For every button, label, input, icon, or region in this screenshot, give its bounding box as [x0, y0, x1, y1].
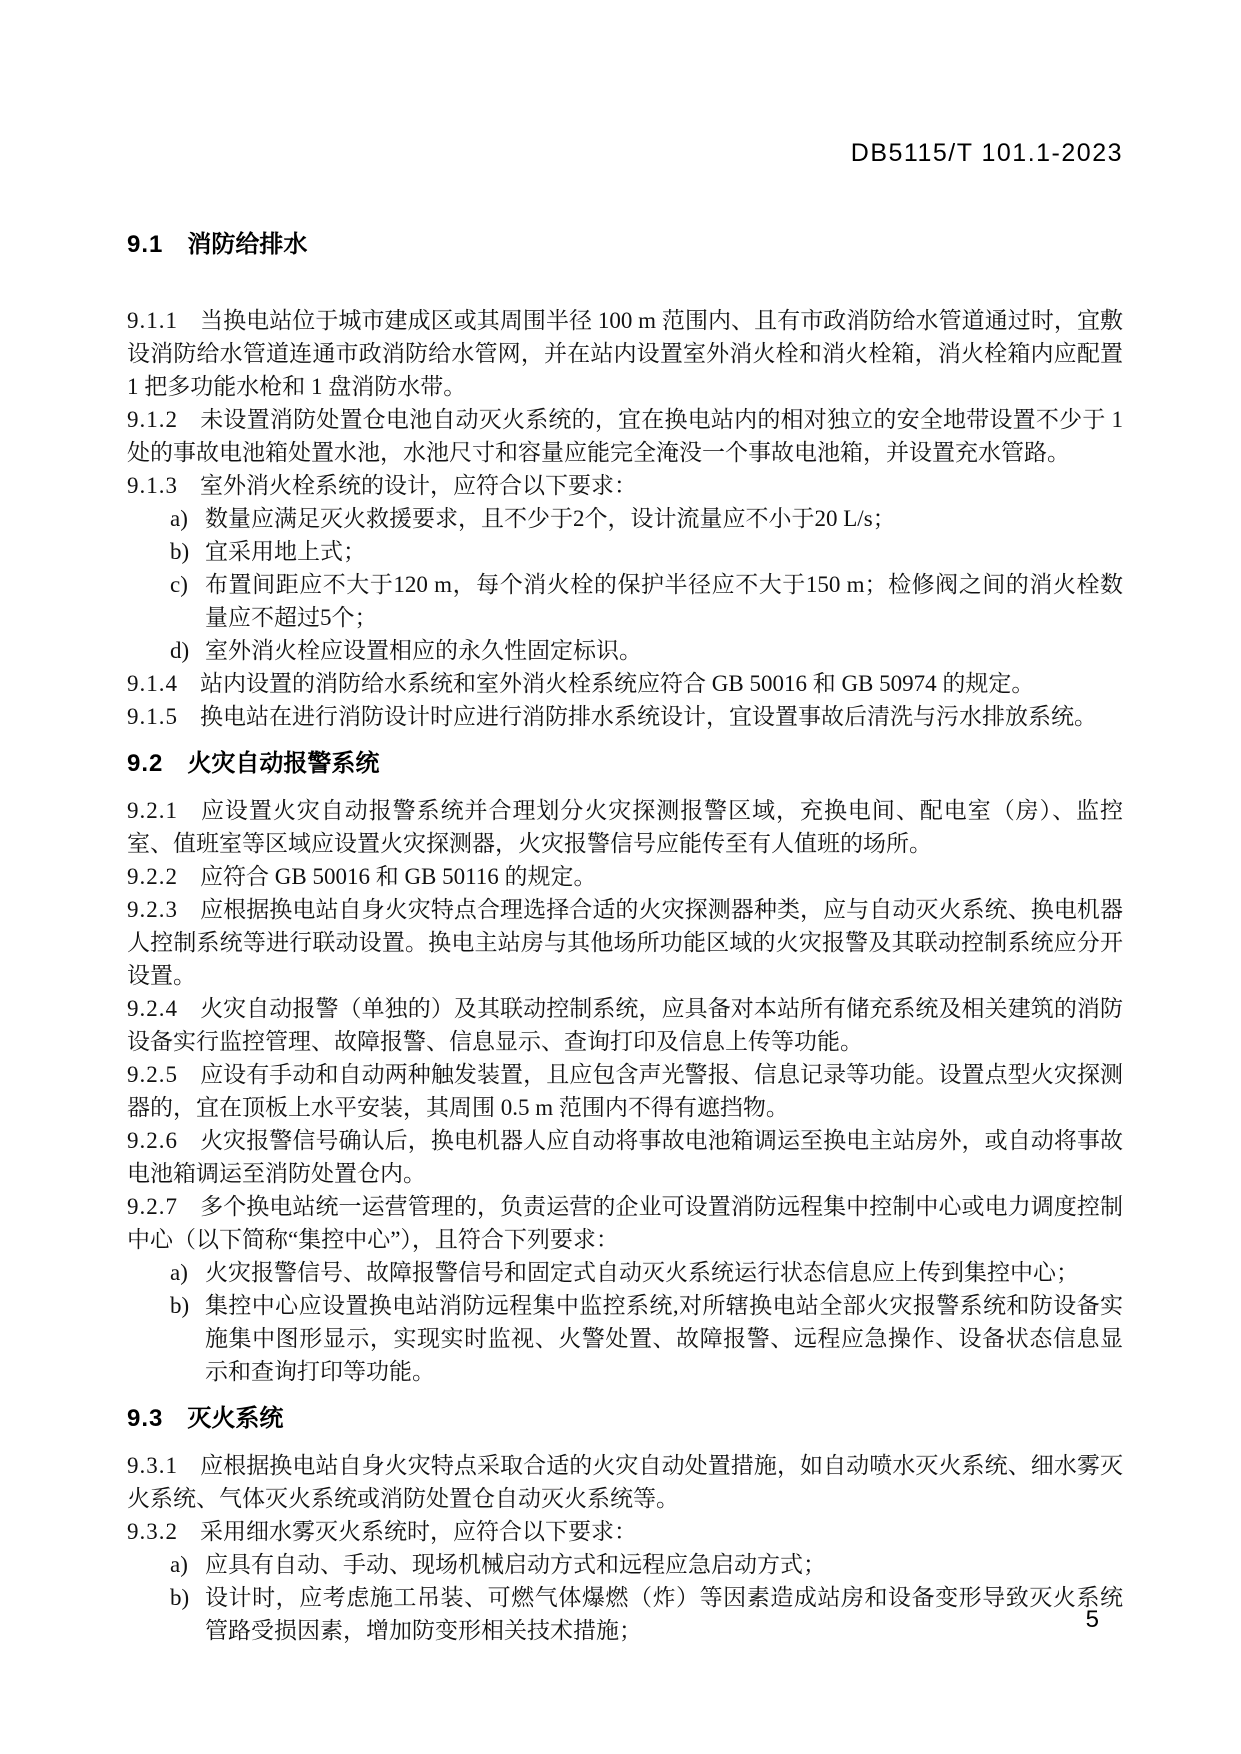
clause: 9.1.5换电站在进行消防设计时应进行消防排水系统设计，宜设置事故后清洗与污水排… — [127, 700, 1123, 733]
clause-number: 9.1.2 — [127, 407, 178, 432]
list-item-text: 宜采用地上式； — [205, 539, 366, 564]
clause-number: 9.1.5 — [127, 704, 178, 729]
clause: 9.1.1当换电站位于城市建成区或其周围半径 100 m 范围内、且有市政消防给… — [127, 304, 1123, 403]
list-item-label: b) — [170, 1581, 189, 1614]
clause: 9.2.7多个换电站统一运营管理的，负责运营的企业可设置消防远程集中控制中心或电… — [127, 1190, 1123, 1256]
section-title: 火灾自动报警系统 — [187, 750, 379, 777]
clause-text: 采用细水雾灭火系统时，应符合以下要求： — [200, 1519, 637, 1544]
clause-text: 应设有手动和自动两种触发装置，且应包含声光警报、信息记录等功能。设置点型火灾探测… — [127, 1062, 1123, 1120]
clause: 9.2.3应根据换电站自身火灾特点合理选择合适的火灾探测器种类，应与自动灭火系统… — [127, 893, 1123, 992]
list-item: b)设计时，应考虑施工吊装、可燃气体爆燃（炸）等因素造成站房和设备变形导致灭火系… — [127, 1581, 1123, 1647]
clause-text: 多个换电站统一运营管理的，负责运营的企业可设置消防远程集中控制中心或电力调度控制… — [127, 1194, 1123, 1252]
list-item-label: a) — [170, 1256, 188, 1289]
clause-text: 未设置消防处置仓电池自动灭火系统的，宜在换电站内的相对独立的安全地带设置不少于 … — [127, 407, 1123, 465]
list-item-label: b) — [170, 1289, 189, 1322]
list-item-text: 火灾报警信号、故障报警信号和固定式自动灭火系统运行状态信息应上传到集控中心； — [205, 1260, 1079, 1285]
section-title: 灭火系统 — [187, 1405, 283, 1432]
clause-text: 室外消火栓系统的设计，应符合以下要求： — [200, 473, 637, 498]
clause: 9.1.4站内设置的消防给水系统和室外消火栓系统应符合 GB 50016 和 G… — [127, 667, 1123, 700]
list-item: c)布置间距应不大于120 m，每个消火栓的保护半径应不大于150 m；检修阀之… — [127, 568, 1123, 634]
clause-number: 9.1.3 — [127, 473, 178, 498]
clause: 9.3.2采用细水雾灭火系统时，应符合以下要求： — [127, 1515, 1123, 1548]
section-heading: 9.2火灾自动报警系统 — [127, 749, 1123, 779]
clause-number: 9.2.5 — [127, 1062, 178, 1087]
clause: 9.2.1应设置火灾自动报警系统并合理划分火灾探测报警区域，充换电间、配电室（房… — [127, 794, 1123, 860]
clause-number: 9.2.3 — [127, 897, 178, 922]
list-item-label: a) — [170, 1548, 188, 1581]
list-item: a)火灾报警信号、故障报警信号和固定式自动灭火系统运行状态信息应上传到集控中心； — [127, 1256, 1123, 1289]
clause: 9.2.2应符合 GB 50016 和 GB 50116 的规定。 — [127, 860, 1123, 893]
clause-text: 火灾报警信号确认后，换电机器人应自动将事故电池箱调运至换电主站房外，或自动将事故… — [127, 1128, 1123, 1186]
section-title: 消防给排水 — [187, 231, 307, 258]
clause-number: 9.3.2 — [127, 1519, 178, 1544]
list-item-text: 布置间距应不大于120 m，每个消火栓的保护半径应不大于150 m；检修阀之间的… — [205, 572, 1123, 630]
section-number: 9.3 — [127, 1405, 163, 1432]
section-number: 9.1 — [127, 231, 163, 258]
document-code: DB5115/T 101.1-2023 — [127, 138, 1123, 168]
clause-number: 9.1.1 — [127, 308, 178, 333]
list-item-text: 室外消火栓应设置相应的永久性固定标识。 — [205, 638, 642, 663]
clause-text: 站内设置的消防给水系统和室外消火栓系统应符合 GB 50016 和 GB 509… — [200, 671, 1034, 696]
clause-number: 9.1.4 — [127, 671, 178, 696]
section-heading: 9.1消防给排水 — [127, 230, 1123, 260]
list-item-text: 数量应满足灭火救援要求，且不少于2个，设计流量应不小于20 L/s； — [205, 506, 896, 531]
clause-number: 9.2.4 — [127, 996, 178, 1021]
clause-text: 应根据换电站自身火灾特点合理选择合适的火灾探测器种类，应与自动灭火系统、换电机器… — [127, 897, 1123, 988]
clause-number: 9.3.1 — [127, 1453, 178, 1478]
list-item: a)数量应满足灭火救援要求，且不少于2个，设计流量应不小于20 L/s； — [127, 502, 1123, 535]
clause-text: 换电站在进行消防设计时应进行消防排水系统设计，宜设置事故后清洗与污水排放系统。 — [200, 704, 1097, 729]
section-heading: 9.3灭火系统 — [127, 1404, 1123, 1434]
clause-number: 9.2.2 — [127, 864, 178, 889]
clause-number: 9.2.7 — [127, 1194, 178, 1219]
clause: 9.2.6火灾报警信号确认后，换电机器人应自动将事故电池箱调运至换电主站房外，或… — [127, 1124, 1123, 1190]
clause-text: 应根据换电站自身火灾特点采取合适的火灾自动处置措施，如自动喷水灭火系统、细水雾灭… — [127, 1453, 1123, 1511]
list-item: a)应具有自动、手动、现场机械启动方式和远程应急启动方式； — [127, 1548, 1123, 1581]
clause: 9.2.4火灾自动报警（单独的）及其联动控制系统，应具备对本站所有储充系统及相关… — [127, 992, 1123, 1058]
list-item-label: a) — [170, 502, 188, 535]
clause-text: 应符合 GB 50016 和 GB 50116 的规定。 — [200, 864, 597, 889]
list-item-label: b) — [170, 535, 189, 568]
clause-text: 火灾自动报警（单独的）及其联动控制系统，应具备对本站所有储充系统及相关建筑的消防… — [127, 996, 1123, 1054]
list-item: b)集控中心应设置换电站消防远程集中监控系统,对所辖换电站全部火灾报警系统和防设… — [127, 1289, 1123, 1388]
section-number: 9.2 — [127, 750, 163, 777]
clause: 9.1.2未设置消防处置仓电池自动灭火系统的，宜在换电站内的相对独立的安全地带设… — [127, 403, 1123, 469]
list-item-text: 设计时，应考虑施工吊装、可燃气体爆燃（炸）等因素造成站房和设备变形导致灭火系统管… — [205, 1585, 1123, 1643]
clause-text: 当换电站位于城市建成区或其周围半径 100 m 范围内、且有市政消防给水管道通过… — [127, 308, 1123, 399]
clause-text: 应设置火灾自动报警系统并合理划分火灾探测报警区域，充换电间、配电室（房）、监控室… — [127, 798, 1123, 856]
clause: 9.3.1应根据换电站自身火灾特点采取合适的火灾自动处置措施，如自动喷水灭火系统… — [127, 1449, 1123, 1515]
clause: 9.2.5应设有手动和自动两种触发装置，且应包含声光警报、信息记录等功能。设置点… — [127, 1058, 1123, 1124]
clause-number: 9.2.6 — [127, 1128, 178, 1153]
document-page: DB5115/T 101.1-2023 9.1消防给排水9.1.1当换电站位于城… — [0, 0, 1241, 1754]
list-item-text: 集控中心应设置换电站消防远程集中监控系统,对所辖换电站全部火灾报警系统和防设备实… — [205, 1293, 1123, 1384]
list-item: d)室外消火栓应设置相应的永久性固定标识。 — [127, 634, 1123, 667]
page-number: 5 — [1086, 1603, 1099, 1636]
list-item-text: 应具有自动、手动、现场机械启动方式和远程应急启动方式； — [205, 1552, 826, 1577]
list-item-label: c) — [170, 568, 188, 601]
clause-number: 9.2.1 — [127, 798, 178, 823]
clause: 9.1.3室外消火栓系统的设计，应符合以下要求： — [127, 469, 1123, 502]
list-item-label: d) — [170, 634, 189, 667]
document-body: 9.1消防给排水9.1.1当换电站位于城市建成区或其周围半径 100 m 范围内… — [127, 230, 1123, 1647]
list-item: b)宜采用地上式； — [127, 535, 1123, 568]
